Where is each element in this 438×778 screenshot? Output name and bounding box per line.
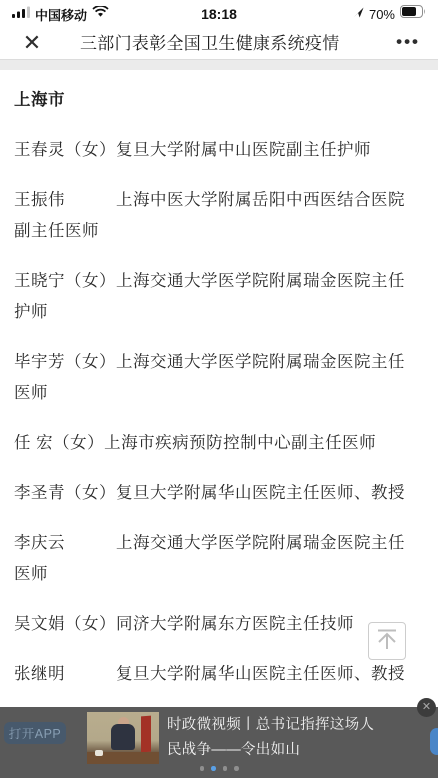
arrow-up-to-top-icon bbox=[374, 626, 400, 657]
list-item: 王振伟 上海中医大学附属岳阳中西医结合医院 副主任医师 bbox=[14, 185, 424, 247]
entry-line: 吴文娟（女）同济大学附属东方医院主任技师 bbox=[14, 609, 424, 640]
article-header: ✕ 三部门表彰全国卫生健康系统疫情 ••• bbox=[0, 28, 438, 59]
entry-line: 毕宇芳（女）上海交通大学医学院附属瑞金医院主任 bbox=[14, 347, 424, 378]
wifi-icon bbox=[92, 5, 109, 23]
article-body: 上海市 王春灵（女）复旦大学附属中山医院副主任护师 王振伟 上海中医大学附属岳阳… bbox=[0, 70, 438, 709]
list-item: 王晓宁（女）上海交通大学医学院附属瑞金医院主任 护师 bbox=[14, 266, 424, 328]
back-to-top-button[interactable] bbox=[368, 622, 406, 660]
battery-icon bbox=[400, 5, 426, 23]
ad-thumbnail[interactable] bbox=[87, 712, 159, 764]
list-item: 王春灵（女）复旦大学附属中山医院副主任护师 bbox=[14, 135, 424, 166]
entry-line: 李圣青（女）复旦大学附属华山医院主任医师、教授 bbox=[14, 478, 424, 509]
battery-percent-label: 70% bbox=[369, 7, 395, 22]
list-item: 张继明 复旦大学附属华山医院主任医师、教授 bbox=[14, 659, 424, 690]
ad-title-line2: 民战争——令出如山 bbox=[167, 738, 381, 763]
carousel-dot-active[interactable] bbox=[211, 766, 216, 771]
close-icon[interactable]: ✕ bbox=[20, 31, 44, 55]
cellular-signal-icon bbox=[12, 5, 30, 23]
header-divider bbox=[0, 59, 438, 70]
list-item: 李庆云 上海交通大学医学院附属瑞金医院主任 医师 bbox=[14, 528, 424, 590]
entry-line: 护师 bbox=[14, 297, 424, 328]
ad-title[interactable]: 时政微视频丨总书记指挥这场人 民战争——令出如山 bbox=[167, 713, 381, 763]
section-title: 上海市 bbox=[14, 85, 424, 116]
list-item: 吴文娟（女）同济大学附属东方医院主任技师 bbox=[14, 609, 424, 640]
carrier-label: 中国移动 bbox=[35, 5, 87, 24]
more-menu-icon[interactable]: ••• bbox=[396, 28, 420, 59]
carousel-dot[interactable] bbox=[223, 766, 228, 771]
list-item: 毕宇芳（女）上海交通大学医学院附属瑞金医院主任 医师 bbox=[14, 347, 424, 409]
entry-line: 医师 bbox=[14, 559, 424, 590]
ad-close-icon[interactable]: ✕ bbox=[417, 698, 436, 717]
title-fade bbox=[330, 28, 372, 59]
thumbnail-flag-shape bbox=[141, 716, 151, 753]
entry-line: 王振伟 上海中医大学附属岳阳中西医结合医院 bbox=[14, 185, 424, 216]
ad-banner: 打开APP 时政微视频丨总书记指挥这场人 民战争——令出如山 ✕ bbox=[0, 707, 438, 778]
entry-line: 王晓宁（女）上海交通大学医学院附属瑞金医院主任 bbox=[14, 266, 424, 297]
open-app-button[interactable]: 打开APP bbox=[4, 722, 66, 744]
entry-line: 王春灵（女）复旦大学附属中山医院副主任护师 bbox=[14, 135, 424, 166]
entry-line: 任 宏（女）上海市疾病预防控制中心副主任医师 bbox=[14, 428, 424, 459]
carousel-dot[interactable] bbox=[234, 766, 239, 771]
page-title-text: 三部门表彰全国卫生健康系统疫情 bbox=[80, 34, 340, 53]
entry-line: 医师 bbox=[14, 378, 424, 409]
thumbnail-person-body bbox=[111, 724, 135, 750]
list-item: 李圣青（女）复旦大学附属华山医院主任医师、教授 bbox=[14, 478, 424, 509]
carousel-dots bbox=[0, 766, 438, 771]
page-title: 三部门表彰全国卫生健康系统疫情 bbox=[80, 28, 372, 59]
entry-line: 李庆云 上海交通大学医学院附属瑞金医院主任 bbox=[14, 528, 424, 559]
location-arrow-icon bbox=[353, 5, 364, 23]
entry-line: 副主任医师 bbox=[14, 216, 424, 247]
list-item: 任 宏（女）上海市疾病预防控制中心副主任医师 bbox=[14, 428, 424, 459]
status-bar: 中国移动 18:18 70% bbox=[0, 0, 438, 28]
carousel-dot[interactable] bbox=[200, 766, 205, 771]
thumbnail-teacup bbox=[95, 750, 103, 756]
entry-line: 张继明 复旦大学附属华山医院主任医师、教授 bbox=[14, 659, 424, 690]
side-floating-button[interactable] bbox=[430, 728, 438, 755]
ad-title-line1: 时政微视频丨总书记指挥这场人 bbox=[167, 713, 381, 738]
